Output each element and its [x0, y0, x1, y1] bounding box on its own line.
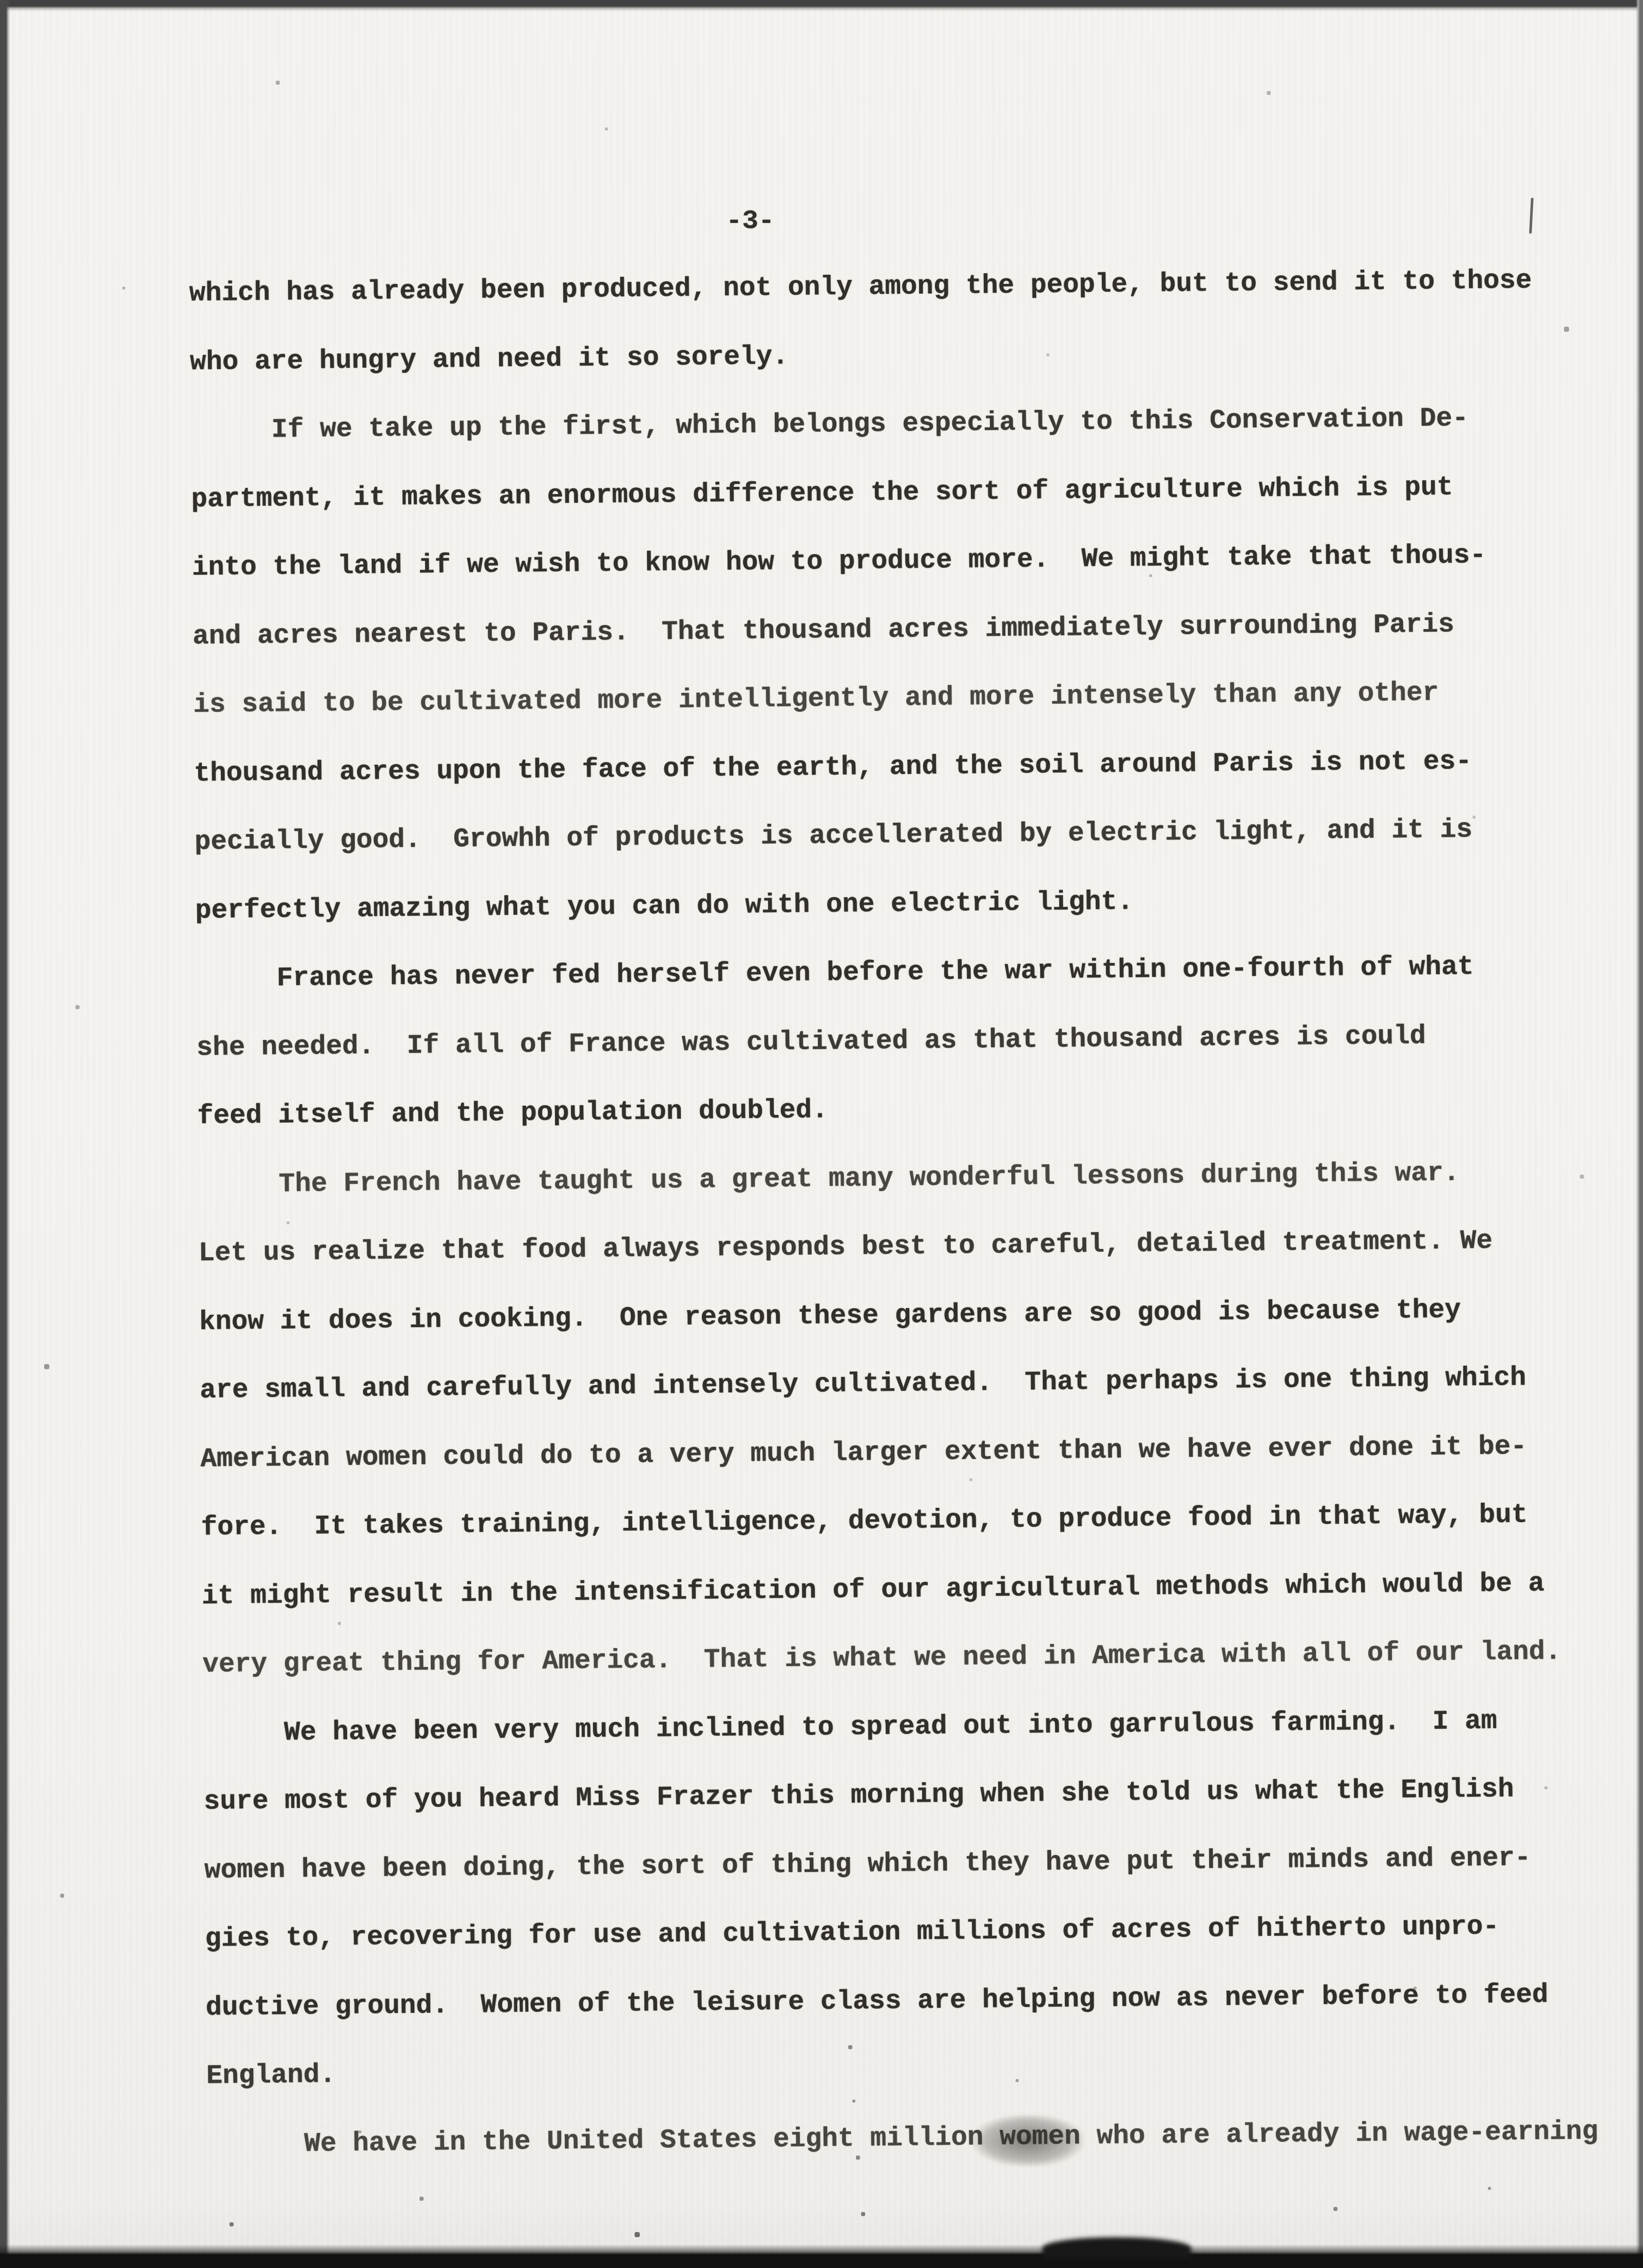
- text-line: women have been doing, the sort of thing…: [204, 1822, 1642, 1904]
- text-line: We have been very much inclined to sprea…: [203, 1685, 1641, 1767]
- page-number: -3-: [726, 205, 775, 236]
- text-line: partment, it makes an enormous differenc…: [191, 451, 1629, 534]
- text-line: Let us realize that food always responds…: [198, 1205, 1636, 1288]
- ink-specks: [0, 0, 1, 1]
- text-line: thousand acres upon the face of the eart…: [194, 726, 1632, 808]
- scan-edge-left: [0, 0, 10, 2268]
- text-line: she needed. If all of France was cultiva…: [196, 1000, 1634, 1082]
- text-line: ductive ground. Women of the leisure cla…: [205, 1959, 1643, 2042]
- text-line: who are hungry and need it so sorely.: [189, 314, 1628, 396]
- bottom-edge-grime: [1042, 2237, 1191, 2259]
- text-line: If we take up the first, which belongs e…: [190, 383, 1629, 465]
- text-line: it might result in the intensification o…: [201, 1548, 1639, 1631]
- text-line: is said to be cultivated more intelligen…: [193, 657, 1631, 739]
- text-line: are small and carefully and intensely cu…: [200, 1343, 1638, 1425]
- scan-edge-top: [0, 0, 1643, 11]
- ink-scratch-mark: [1529, 198, 1534, 234]
- text-line: The French have taught us a great many w…: [198, 1137, 1636, 1219]
- text-line: know it does in cooking. One reason thes…: [199, 1274, 1637, 1356]
- text-line: We have in the United States eight milli…: [207, 2096, 1643, 2179]
- text-line: into the land if we wish to know how to …: [192, 520, 1630, 602]
- text-line: France has never fed herself even before…: [196, 931, 1634, 1013]
- text-line: feed itself and the population doubled.: [197, 1068, 1635, 1150]
- text-line: perfectly amazing what you can do with o…: [195, 863, 1633, 945]
- scan-edge-bottom: [0, 2244, 1643, 2268]
- text-line: England.: [206, 2028, 1643, 2110]
- text-line: and acres nearest to Paris. That thousan…: [192, 589, 1630, 671]
- ink-smudge-over-women: [973, 2115, 1083, 2166]
- text-line: fore. It takes training, intelligence, d…: [201, 1480, 1639, 1562]
- text-line: very great thing for America. That is wh…: [202, 1617, 1640, 1699]
- text-line: pecially good. Growhh of products is acc…: [194, 794, 1632, 876]
- typewritten-text-block: which has already been produced, not onl…: [189, 245, 1643, 2179]
- text-line: sure most of you heard Miss Frazer this …: [203, 1754, 1641, 1836]
- text-line: which has already been produced, not onl…: [189, 245, 1627, 328]
- text-line: gies to, recovering for use and cultivat…: [205, 1891, 1643, 1973]
- text-line: American women could do to a very much l…: [200, 1411, 1638, 1494]
- scanned-typescript-page: -3- which has already been produced, not…: [0, 0, 1643, 2268]
